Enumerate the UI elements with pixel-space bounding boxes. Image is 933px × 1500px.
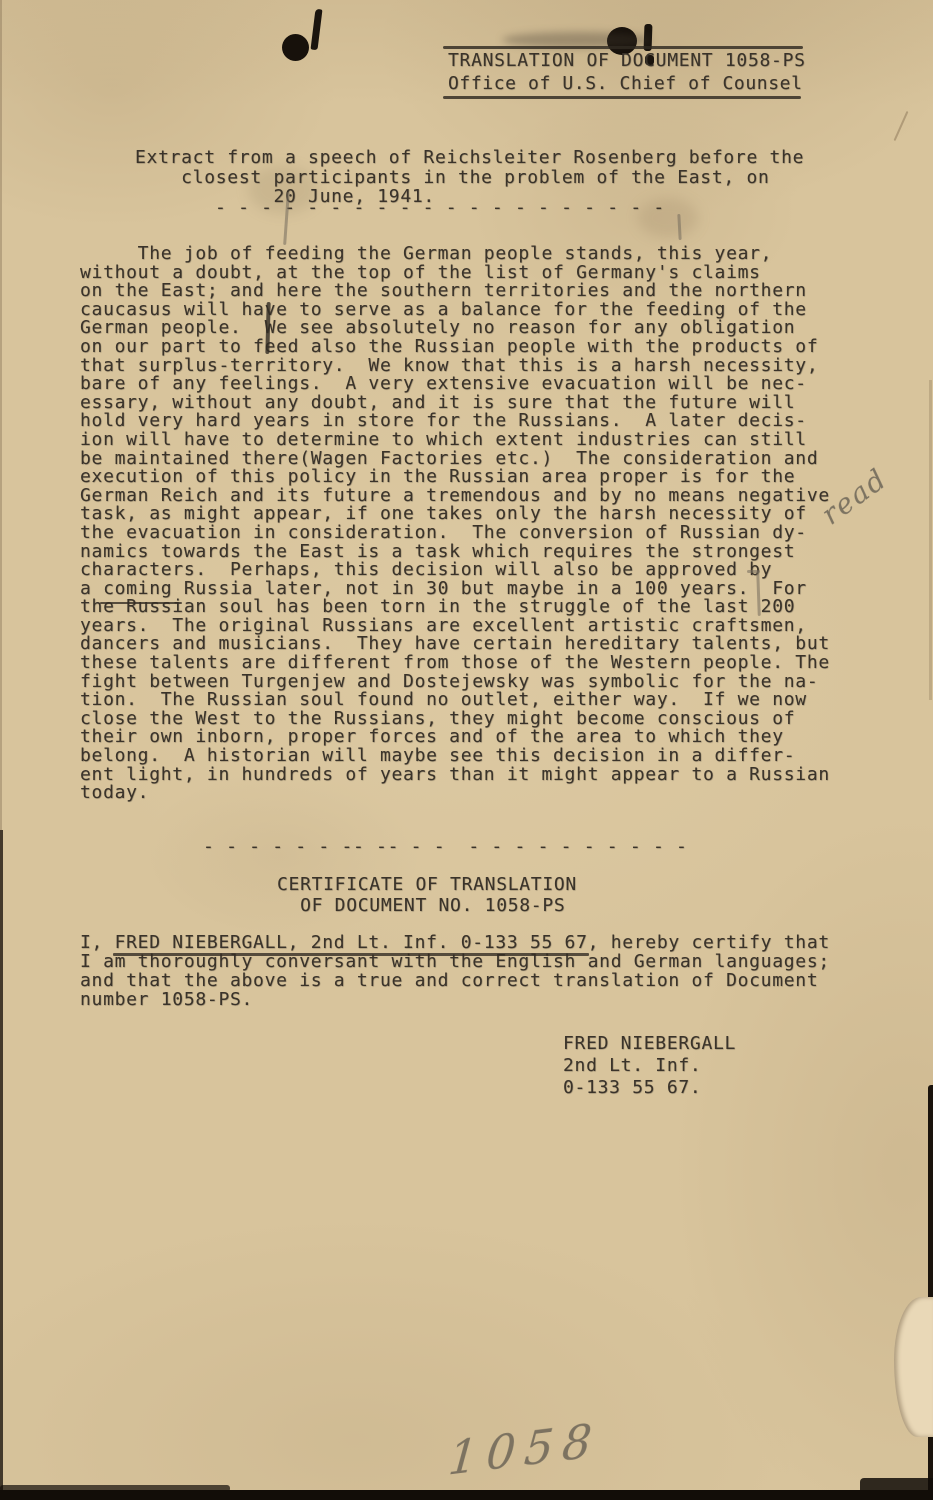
- dashed-separator-middle: - - - - - - -- -- - - - - - - - - - - - …: [203, 838, 688, 857]
- speech-body-text: The job of feeding the German people sta…: [80, 245, 830, 803]
- scan-edge-left-dark: [0, 830, 3, 1500]
- torn-paper-patch: [894, 1297, 933, 1437]
- punch-hole-left-icon: [282, 34, 309, 61]
- scan-edge-right-faint: [929, 380, 932, 700]
- signature-block: FRED NIEBERGALL 2nd Lt. Inf. 0-133 55 67…: [563, 1033, 736, 1099]
- underline-certifier-name: [113, 953, 589, 956]
- scan-edge-right-dark: [928, 1085, 933, 1500]
- certificate-heading: CERTIFICATE OF TRANSLATION OF DOCUMENT N…: [277, 875, 577, 917]
- paper-scratch: [894, 111, 909, 141]
- handwritten-page-number: 1058: [446, 1412, 603, 1486]
- dashed-separator-top: - - - - - - - - - - - - - - - - - - - -: [215, 199, 665, 218]
- scan-edge-left-faint: [0, 0, 2, 830]
- header-underline-rule: [443, 96, 801, 99]
- certificate-body-text: I, FRED NIEBERGALL, 2nd Lt. Inf. 0-133 5…: [80, 933, 830, 1009]
- ink-smudge-mark: [311, 9, 323, 51]
- office-of-counsel-line: Office of U.S. Chief of Counsel: [448, 75, 803, 94]
- header-overline-rule: [443, 46, 803, 49]
- scan-edge-bottom: [0, 1490, 933, 1500]
- document-translation-title: TRANSLATION OF DOCUMENT 1058-PS: [448, 52, 806, 71]
- underline-coming-word: [100, 602, 182, 604]
- scanned-document-page: TRANSLATION OF DOCUMENT 1058-PS Office o…: [0, 0, 933, 1500]
